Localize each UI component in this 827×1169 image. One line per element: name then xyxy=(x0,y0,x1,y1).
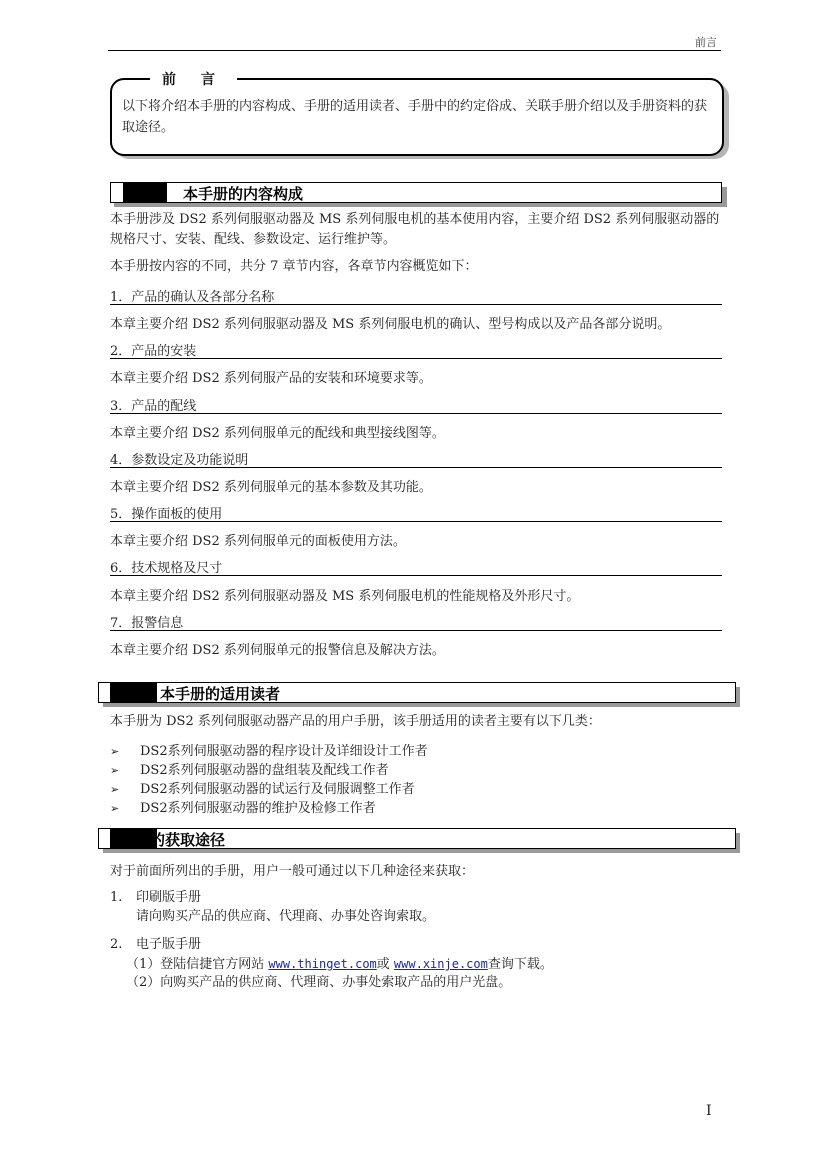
preface-title: 前 言 xyxy=(150,69,237,89)
chapter-desc: 本章主要介绍 DS2 系列伺服单元的配线和典型接线图等。 xyxy=(110,422,722,441)
readers-intro: 本手册为 DS2 系列伺服驱动器产品的用户手册，该手册适用的读者主要有以下几类： xyxy=(110,712,722,732)
reader-item: DS2系列伺服驱动器的盘组装及配线工作者 xyxy=(140,763,389,778)
section-title-readers: 本手册的适用读者 xyxy=(160,683,280,704)
thinget-link[interactable]: www.thinget.com xyxy=(268,957,376,971)
contents-intro-2: 本手册按内容的不同，共分 7 章节内容，各章节内容概览如下： xyxy=(110,257,722,277)
chapter-title: 1．产品的确认及各部分名称 xyxy=(110,286,722,305)
chapter-title: 5．操作面板的使用 xyxy=(110,503,722,522)
access-item-1: 1.印刷版手册 xyxy=(110,888,722,908)
access-intro: 对于前面所列出的手册，用户一般可通过以下几种途径来获取： xyxy=(110,862,722,882)
section-title-contents: 本手册的内容构成 xyxy=(183,183,303,204)
access-item-1-detail: 请向购买产品的供应商、代理商、办事处咨询索取。 xyxy=(136,907,722,927)
section-heading-block xyxy=(110,829,157,848)
arrow-bullet-icon: ➢ xyxy=(110,745,140,758)
text: （1）登陆信捷官方网站 xyxy=(126,957,268,972)
access-item-2-line-1: （1）登陆信捷官方网站 www.thinget.com或 www.xinje.c… xyxy=(126,954,722,975)
reader-item: DS2系列伺服驱动器的试运行及伺服调整工作者 xyxy=(140,782,415,797)
chapter-title: 3．产品的配线 xyxy=(110,395,722,414)
preface-text: 以下将介绍本手册的内容构成、手册的适用读者、手册中的约定俗成、关联手册介绍以及手… xyxy=(122,96,718,138)
chapter-desc: 本章主要介绍 DS2 系列伺服驱动器及 MS 系列伺服电机的性能规格及外形尺寸。 xyxy=(110,585,722,604)
chapter-title: 2．产品的安装 xyxy=(110,340,722,359)
access-item-2: 2.电子版手册 xyxy=(110,935,722,955)
access-item-2-line-2: （2）向购买产品的供应商、代理商、办事处索取产品的用户光盘。 xyxy=(126,973,722,993)
list-item: ➢DS2系列伺服驱动器的试运行及伺服调整工作者 xyxy=(110,778,415,797)
chapter-desc: 本章主要介绍 DS2 系列伺服单元的报警信息及解决方法。 xyxy=(110,639,722,658)
contents-intro: 本手册涉及 DS2 系列伺服驱动器及 MS 系列伺服电机的基本使用内容，主要介绍… xyxy=(110,210,722,250)
list-item: ➢DS2系列伺服驱动器的维护及检修工作者 xyxy=(110,797,376,816)
item-title: 电子版手册 xyxy=(136,937,201,952)
list-item: ➢DS2系列伺服驱动器的程序设计及详细设计工作者 xyxy=(110,740,428,759)
running-header: 前言 xyxy=(695,34,717,50)
xinje-link[interactable]: www.xinje.com xyxy=(394,957,488,971)
text: 或 xyxy=(377,957,394,972)
chapter-desc: 本章主要介绍 DS2 系列伺服产品的安装和环境要求等。 xyxy=(110,367,722,386)
section-heading-block xyxy=(110,683,157,702)
list-item: ➢DS2系列伺服驱动器的盘组装及配线工作者 xyxy=(110,759,389,778)
item-number: 1. xyxy=(110,888,136,908)
chapter-title: 4．参数设定及功能说明 xyxy=(110,449,722,468)
item-number: 2. xyxy=(110,935,136,955)
chapter-desc: 本章主要介绍 DS2 系列伺服单元的面板使用方法。 xyxy=(110,530,722,549)
text: 查询下载。 xyxy=(488,957,553,972)
arrow-bullet-icon: ➢ xyxy=(110,802,140,815)
reader-item: DS2系列伺服驱动器的程序设计及详细设计工作者 xyxy=(140,744,428,759)
chapter-desc: 本章主要介绍 DS2 系列伺服驱动器及 MS 系列伺服电机的确认、型号构成以及产… xyxy=(110,313,722,332)
chapter-desc: 本章主要介绍 DS2 系列伺服单元的基本参数及其功能。 xyxy=(110,476,722,495)
page-number: I xyxy=(706,1103,712,1119)
chapter-title: 6．技术规格及尺寸 xyxy=(110,557,722,576)
section-heading-block xyxy=(123,183,167,202)
section-title-access: 的获取途径 xyxy=(150,829,225,850)
reader-item: DS2系列伺服驱动器的维护及检修工作者 xyxy=(140,801,376,816)
chapter-title: 7．报警信息 xyxy=(110,612,722,631)
arrow-bullet-icon: ➢ xyxy=(110,783,140,796)
item-title: 印刷版手册 xyxy=(136,890,201,905)
header-rule xyxy=(108,50,721,51)
arrow-bullet-icon: ➢ xyxy=(110,764,140,777)
